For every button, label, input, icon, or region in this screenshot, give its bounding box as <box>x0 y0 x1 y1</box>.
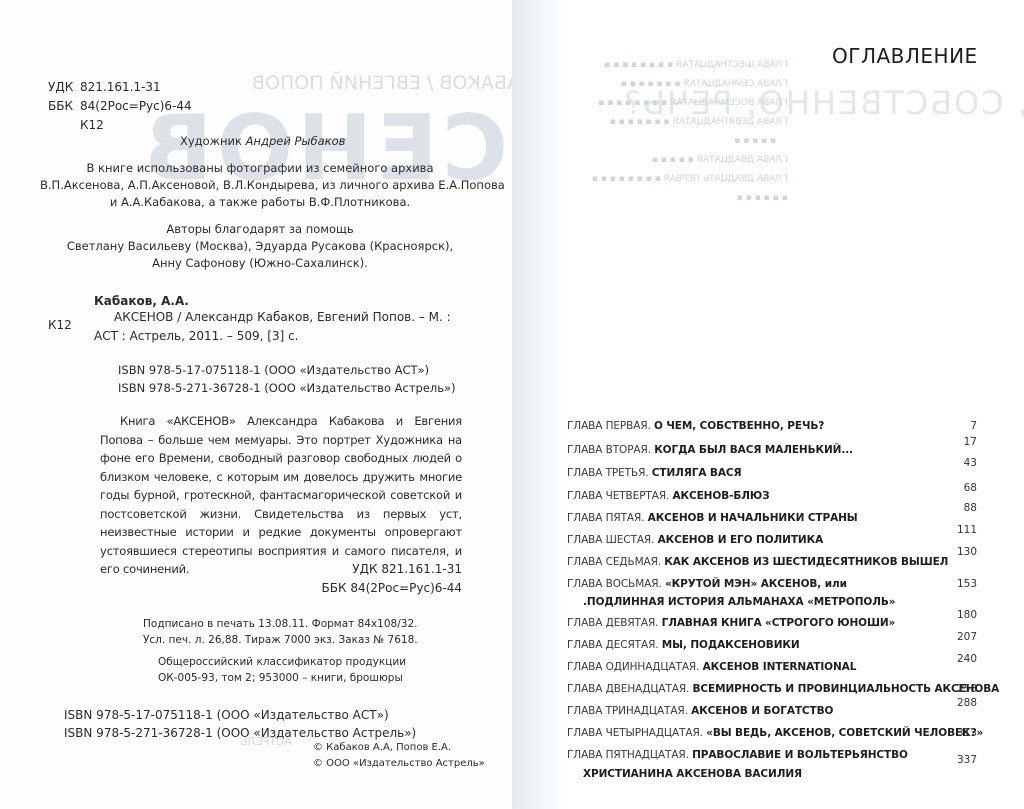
toc-chapter-title: ПРАВОСЛАВИЕ И ВОЛЬТЕРЬЯНСТВО <box>692 749 908 761</box>
toc-chapter-number: ГЛАВА ДЕВЯТАЯ. <box>567 617 662 629</box>
toc-page-number: 207 <box>957 631 977 643</box>
toc-chapter-number: ГЛАВА ДЕСЯТАЯ. <box>567 639 662 651</box>
print-info-line: Подписано в печать 13.08.11. Формат 84x1… <box>143 616 418 632</box>
thanks-line: Светлану Васильеву (Москва), Эдуарда Рус… <box>40 238 480 255</box>
toc-entry: ГЛАВА ОДИННАДЦАТАЯ. АКСЕНОВ INTERNATIONA… <box>567 661 977 677</box>
toc-chapter-number: ГЛАВА ТРЕТЬЯ. <box>567 467 652 479</box>
print-info-line: Усл. печ. л. 26,88. Тираж 7000 экз. Зака… <box>143 632 418 648</box>
toc-page-number: 337 <box>957 754 977 766</box>
toc-entry-label: .ПОДЛИННАЯ ИСТОРИЯ АЛЬМАНАХА «МЕТРОПОЛЬ» <box>583 596 895 608</box>
toc-chapter-number: ГЛАВА ВОСЬМАЯ. <box>567 578 665 590</box>
thanks-line: Авторы благодарят за помощь <box>40 221 480 238</box>
toc-chapter-number: ГЛАВА ПЯТНАДЦАТАЯ. <box>567 749 692 761</box>
catalog-author-mark: К12 <box>48 318 72 333</box>
toc-chapter-number: ГЛАВА ОДИННАДЦАТАЯ. <box>567 661 703 673</box>
toc-chapter-number: ГЛАВА ДВЕНАДЦАТАЯ. <box>567 683 693 695</box>
toc-page-number: 258 <box>957 683 977 695</box>
toc-chapter-number: ГЛАВА СЕДЬМАЯ. <box>567 556 664 568</box>
contents-title: ОГЛАВЛЕНИЕ <box>832 44 978 68</box>
toc-chapter-title: КОГДА БЫЛ ВАСЯ МАЛЕНЬКИЙ... <box>654 444 853 456</box>
toc-entry: ГЛАВА ДЕВЯТАЯ. ГЛАВНАЯ КНИГА «СТРОГОГО Ю… <box>567 617 977 633</box>
toc-entry-label: ГЛАВА СЕДЬМАЯ. КАК АКСЕНОВ ИЗ ШЕСТИДЕСЯТ… <box>567 556 948 568</box>
toc-chapter-number: ГЛАВА ЧЕТВЕРТАЯ. <box>567 490 673 502</box>
toc-entry-label: ГЛАВА ЧЕТЫРНАДЦАТАЯ. «ВЫ ВЕДЬ, АКСЕНОВ, … <box>567 727 983 739</box>
illustrator-prefix: Художник <box>180 134 242 148</box>
copyright-line: © Кабаков А.А, Попов Е.А. <box>313 740 485 756</box>
photo-credits: В книге использованы фотографии из семей… <box>40 160 480 211</box>
toc-entry: ГЛАВА ЧЕТЫРНАДЦАТАЯ. «ВЫ ВЕДЬ, АКСЕНОВ, … <box>567 727 977 743</box>
bbk-value-top: 84(2Рос=Рус)6-44 <box>80 99 192 114</box>
toc-entry: ГЛАВА ТРИНАДЦАТАЯ. АКСЕНОВ И БОГАТСТВО28… <box>567 705 977 721</box>
toc-chapter-title: АКСЕНОВ И ЕГО ПОЛИТИКА <box>658 534 824 546</box>
toc-entry-label: ГЛАВА ПЕРВАЯ. О ЧЕМ, СОБСТВЕННО, РЕЧЬ? <box>567 420 824 432</box>
isbn-line: ISBN 978-5-17-075118-1 (ООО «Издательств… <box>64 706 416 724</box>
thanks-line: Анну Сафонову (Южно-Сахалинск). <box>40 255 480 272</box>
toc-entry: ХРИСТИАНИНА АКСЕНОВА ВАСИЛИЯ337 <box>567 768 977 784</box>
toc-chapter-number: ГЛАВА ВТОРАЯ. <box>567 444 654 456</box>
toc-entry: ГЛАВА ПЯТНАДЦАТАЯ. ПРАВОСЛАВИЕ И ВОЛЬТЕР… <box>567 749 977 765</box>
toc-entry-label: ГЛАВА ШЕСТАЯ. АКСЕНОВ И ЕГО ПОЛИТИКА <box>567 534 823 546</box>
toc-entry-label: ГЛАВА ЧЕТВЕРТАЯ. АКСЕНОВ-БЛЮЗ <box>567 490 769 502</box>
toc-page-number: 68 <box>964 482 977 494</box>
udk-value-top: 821.161.1-31 <box>80 80 161 95</box>
copyright-notice: © Кабаков А.А, Попов Е.А. © ООО «Издател… <box>313 740 485 772</box>
toc-page-number: 43 <box>964 457 977 469</box>
udk-bottom: УДК 821.161.1-31 <box>322 560 462 579</box>
ghost-heading-bleed: О ЧЕМ, СОБСТВЕННО, РЕЧЬ? <box>622 84 1024 122</box>
toc-entry-label: ГЛАВА ТРИНАДЦАТАЯ. АКСЕНОВ И БОГАТСТВО <box>567 705 833 717</box>
toc-page-number: 7 <box>970 420 977 432</box>
toc-entry-label: ГЛАВА ВОСЬМАЯ. «КРУТОЙ МЭН» АКСЕНОВ, или <box>567 578 847 590</box>
toc-entry-label: ГЛАВА ПЯТНАДЦАТАЯ. ПРАВОСЛАВИЕ И ВОЛЬТЕР… <box>567 749 908 761</box>
toc-chapter-title: АКСЕНОВ-БЛЮЗ <box>673 490 770 502</box>
ghost-toc-bleed: ГЛАВА ШЕСТНАДЦАТАЯ ▪ ▪ ▪ ▪ ▪ ▪ ▪ ▪ ГЛАВА… <box>592 56 788 208</box>
toc-entry-label: ГЛАВА ПЯТАЯ. АКСЕНОВ И НАЧАЛЬНИКИ СТРАНЫ <box>567 512 858 524</box>
toc-chapter-title: СТИЛЯГА ВАСЯ <box>652 467 742 479</box>
toc-entry-label: ГЛАВА ОДИННАДЦАТАЯ. АКСЕНОВ INTERNATIONA… <box>567 661 856 673</box>
toc-chapter-title: .ПОДЛИННАЯ ИСТОРИЯ АЛЬМАНАХА «МЕТРОПОЛЬ» <box>583 596 895 608</box>
classification-bottom: УДК 821.161.1-31 ББК 84(2Рос=Рус)6-44 <box>322 560 462 598</box>
book-abstract: Книга «АКСЕНОВ» Александра Кабакова и Ев… <box>100 412 462 579</box>
toc-chapter-title: КАК АКСЕНОВ ИЗ ШЕСТИДЕСЯТНИКОВ ВЫШЕЛ <box>664 556 948 568</box>
toc-chapter-title: АКСЕНОВ INTERNATIONAL <box>703 661 857 673</box>
toc-chapter-number: ГЛАВА ПЕРВАЯ. <box>567 420 654 432</box>
classifier-line: ОК-005-93, том 2; 953000 – книги, брошюр… <box>158 670 406 686</box>
print-info: Подписано в печать 13.08.11. Формат 84x1… <box>143 616 418 648</box>
author-mark-top: К12 <box>80 118 104 133</box>
toc-entry-label: ГЛАВА ДЕСЯТАЯ. МЫ, ПОДАКСЕНОВИКИ <box>567 639 800 651</box>
product-classifier: Общероссийский классификатор продукции О… <box>158 654 406 686</box>
bbk-bottom: ББК 84(2Рос=Рус)6-44 <box>322 579 462 598</box>
toc-entry: ГЛАВА ВОСЬМАЯ. «КРУТОЙ МЭН» АКСЕНОВ, или <box>567 578 977 594</box>
book-gutter-shadow <box>512 0 562 809</box>
toc-chapter-title: ХРИСТИАНИНА АКСЕНОВА ВАСИЛИЯ <box>583 768 802 780</box>
toc-entry-label: ГЛАВА ДЕВЯТАЯ. ГЛАВНАЯ КНИГА «СТРОГОГО Ю… <box>567 617 895 629</box>
photo-credit-line: В книге использованы фотографии из семей… <box>40 160 480 177</box>
toc-page-number: 17 <box>964 436 977 448</box>
acknowledgements: Авторы благодарят за помощь Светлану Вас… <box>40 221 480 272</box>
catalog-isbn: ISBN 978-5-17-075118-1 (ООО «Издательств… <box>118 361 456 397</box>
toc-chapter-number: ГЛАВА ПЯТАЯ. <box>567 512 648 524</box>
toc-chapter-title: АКСЕНОВ И БОГАТСТВО <box>691 705 833 717</box>
catalog-line1: АКСЕНОВ / Александр Кабаков, Евгений Поп… <box>114 310 451 325</box>
illustrator-credit: Художник Андрей Рыбаков <box>180 134 345 149</box>
classifier-line: Общероссийский классификатор продукции <box>158 654 406 670</box>
toc-entry-label: ГЛАВА ДВЕНАДЦАТАЯ. ВСЕМИРНОСТЬ И ПРОВИНЦ… <box>567 683 999 695</box>
copyright-line: © ООО «Издательство Астрель» <box>313 756 485 772</box>
toc-chapter-title: ГЛАВНАЯ КНИГА «СТРОГОГО ЮНОШИ» <box>662 617 896 629</box>
toc-entry: ГЛАВА СЕДЬМАЯ. КАК АКСЕНОВ ИЗ ШЕСТИДЕСЯТ… <box>567 556 977 572</box>
toc-page-number: 88 <box>964 502 977 514</box>
toc-entry: .ПОДЛИННАЯ ИСТОРИЯ АЛЬМАНАХА «МЕТРОПОЛЬ»… <box>567 596 977 612</box>
toc-chapter-title: АКСЕНОВ И НАЧАЛЬНИКИ СТРАНЫ <box>648 512 858 524</box>
toc-page-number: 240 <box>957 653 977 665</box>
toc-chapter-title: «КРУТОЙ МЭН» АКСЕНОВ, или <box>665 578 847 590</box>
left-page-imprint: АЛЕКСАНДР КАБАКОВ / ЕВГЕНИЙ ПОПОВ АКСЕНО… <box>0 0 512 809</box>
toc-chapter-title: ВСЕМИРНОСТЬ И ПРОВИНЦИАЛЬНОСТЬ АКСЕНОВА <box>693 683 1000 695</box>
udk-label-top: УДК <box>48 80 73 95</box>
toc-entry-label: ХРИСТИАНИНА АКСЕНОВА ВАСИЛИЯ <box>583 768 802 780</box>
toc-entry: ГЛАВА ПЕРВАЯ. О ЧЕМ, СОБСТВЕННО, РЕЧЬ?7 <box>567 420 977 436</box>
toc-entry-label: ГЛАВА ВТОРАЯ. КОГДА БЫЛ ВАСЯ МАЛЕНЬКИЙ..… <box>567 444 853 456</box>
catalog-author: Кабаков, А.А. <box>94 294 189 309</box>
photo-credit-line: и А.А.Кабакова, а также работы В.Ф.Плотн… <box>40 194 480 211</box>
isbn-line: ISBN 978-5-271-36728-1 (ООО «Издательств… <box>118 379 456 397</box>
toc-entry: ГЛАВА ЧЕТВЕРТАЯ. АКСЕНОВ-БЛЮЗ68 <box>567 490 977 506</box>
isbn-line: ISBN 978-5-17-075118-1 (ООО «Издательств… <box>118 361 456 379</box>
photo-credit-line: В.П.Аксенова, А.П.Аксеновой, В.Л.Кондыре… <box>40 177 480 194</box>
toc-chapter-title: О ЧЕМ, СОБСТВЕННО, РЕЧЬ? <box>654 420 824 432</box>
toc-page-number: 130 <box>957 546 977 558</box>
toc-page-number: 288 <box>957 697 977 709</box>
toc-entry: ГЛАВА ДВЕНАДЦАТАЯ. ВСЕМИРНОСТЬ И ПРОВИНЦ… <box>567 683 977 699</box>
toc-entry: ГЛАВА ШЕСТАЯ. АКСЕНОВ И ЕГО ПОЛИТИКА111 <box>567 534 977 550</box>
isbn-bottom: ISBN 978-5-17-075118-1 (ООО «Издательств… <box>64 706 416 742</box>
toc-page-number: 153 <box>957 578 977 590</box>
toc-chapter-number: ГЛАВА ШЕСТАЯ. <box>567 534 658 546</box>
illustrator-name: Андрей Рыбаков <box>246 134 346 148</box>
toc-chapter-number: ГЛАВА ЧЕТЫРНАДЦАТАЯ. <box>567 727 706 739</box>
toc-entry: ГЛАВА ТРЕТЬЯ. СТИЛЯГА ВАСЯ43 <box>567 467 977 483</box>
toc-page-number: 180 <box>957 609 977 621</box>
catalog-line2: АСТ : Астрель, 2011. – 509, [3] с. <box>94 329 299 344</box>
toc-chapter-number: ГЛАВА ТРИНАДЦАТАЯ. <box>567 705 691 717</box>
toc-entry-label: ГЛАВА ТРЕТЬЯ. СТИЛЯГА ВАСЯ <box>567 467 741 479</box>
toc-page-number: 313 <box>957 727 977 739</box>
toc-entry: ГЛАВА ВТОРАЯ. КОГДА БЫЛ ВАСЯ МАЛЕНЬКИЙ..… <box>567 444 977 460</box>
bbk-label-top: ББК <box>48 99 73 114</box>
toc-entry: ГЛАВА ПЯТАЯ. АКСЕНОВ И НАЧАЛЬНИКИ СТРАНЫ… <box>567 512 977 528</box>
toc-entry: ГЛАВА ДЕСЯТАЯ. МЫ, ПОДАКСЕНОВИКИ207 <box>567 639 977 655</box>
toc-page-number: 111 <box>957 524 977 536</box>
toc-chapter-title: МЫ, ПОДАКСЕНОВИКИ <box>662 639 800 651</box>
toc-chapter-title: «ВЫ ВЕДЬ, АКСЕНОВ, СОВЕТСКИЙ ЧЕЛОВЕК?» <box>706 727 983 739</box>
